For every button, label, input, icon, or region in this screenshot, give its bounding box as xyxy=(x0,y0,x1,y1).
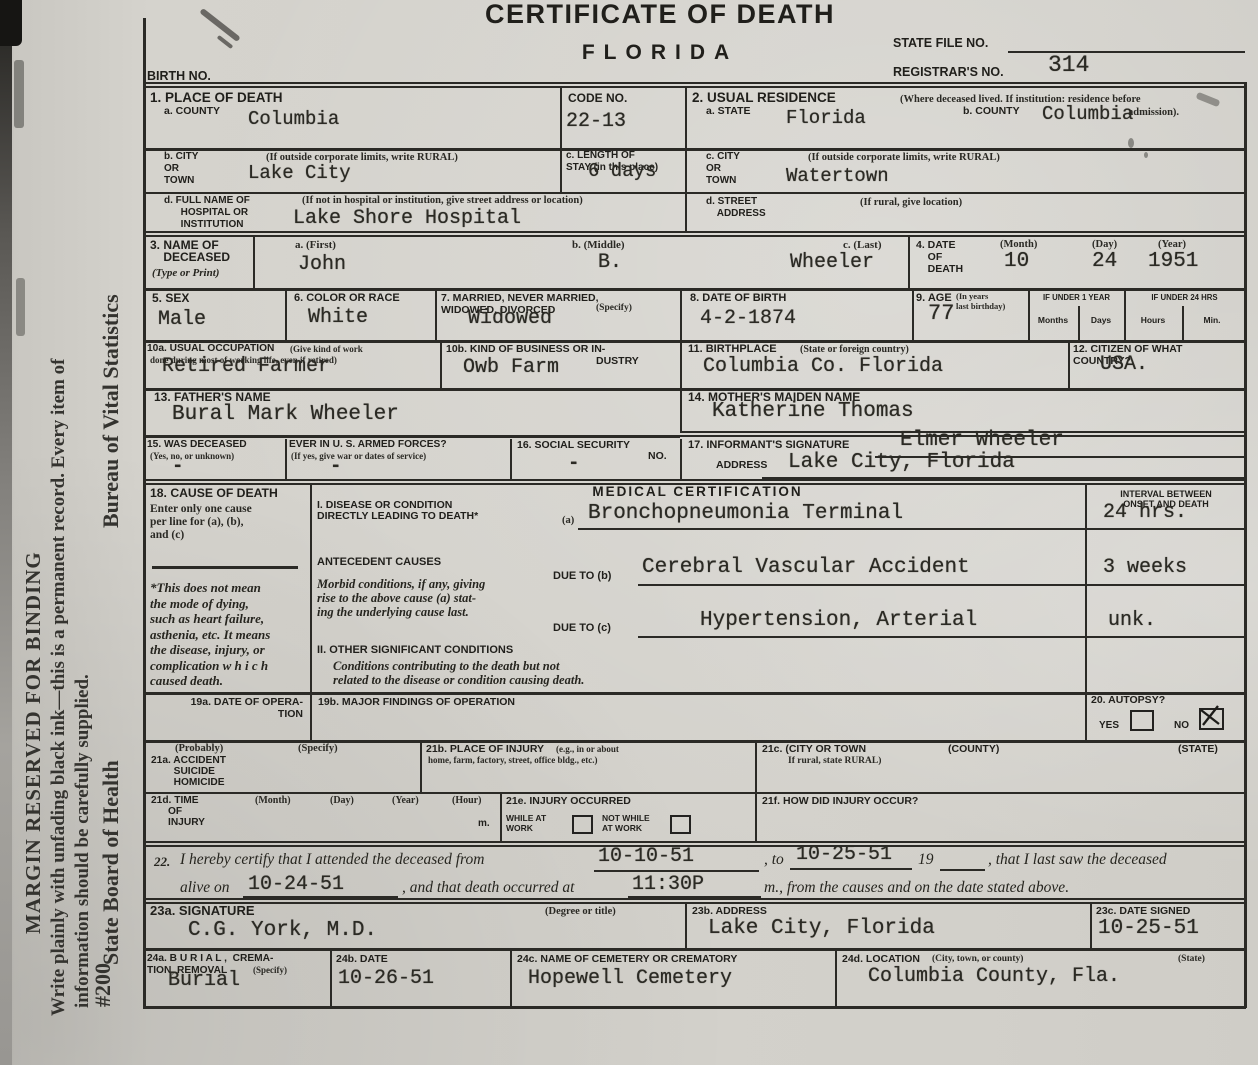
cause-of-death-label: 18. CAUSE OF DEATH xyxy=(150,487,278,499)
birthplace-hint: (State or foreign country) xyxy=(800,344,909,356)
interval-a-value: 24 hrs. xyxy=(1103,501,1187,524)
autopsy-yes-checkbox xyxy=(1130,710,1154,731)
business-value: Owb Farm xyxy=(463,356,559,379)
birth-date-value: 4-2-1874 xyxy=(700,307,796,330)
physician-signature-label: 23a. SIGNATURE xyxy=(150,905,255,917)
injury-place-hint2: home, farm, factory, street, office bldg… xyxy=(428,755,598,767)
marital-status-value: Widowed xyxy=(468,307,552,330)
burial-location-label: 24d. LOCATION xyxy=(842,953,920,965)
death-month-value: 10 xyxy=(1004,250,1029,273)
length-of-stay-value: 6 days xyxy=(588,160,656,182)
pen-mark xyxy=(1196,92,1221,107)
state-file-no-label: STATE FILE NO. xyxy=(893,37,988,49)
margin-binding-note: MARGIN RESERVED FOR BINDING xyxy=(21,551,46,934)
deceased-name-label: 3. NAME OF DECEASED xyxy=(150,239,230,263)
hospital-name-label: d. FULL NAME OF HOSPITAL OR INSTITUTION xyxy=(164,195,250,231)
certify-to-line xyxy=(790,868,912,870)
age-months-label: Months xyxy=(1029,314,1077,326)
occupation-hint1: (Give kind of work xyxy=(290,344,363,356)
armed-forces-label2: EVER IN U. S. ARMED FORCES? xyxy=(289,439,447,451)
certify-part4: alive on xyxy=(180,880,230,895)
accident-specify-hint: (Specify) xyxy=(298,743,338,755)
death-day-value: 24 xyxy=(1092,250,1117,273)
pen-mark xyxy=(1144,152,1148,158)
injury-how-label: 21f. HOW DID INJURY OCCUR? xyxy=(762,795,918,807)
race-label: 6. COLOR OR RACE xyxy=(294,292,400,304)
injury-occurred-label: 21e. INJURY OCCURRED xyxy=(506,795,631,807)
grid-line-v xyxy=(435,290,437,340)
autopsy-yes-label: YES xyxy=(1099,720,1119,732)
due-c-label: DUE TO (c) xyxy=(553,622,611,634)
last-name-value: Wheeler xyxy=(790,251,874,274)
grid-line-v xyxy=(1090,904,1092,948)
ssn-value: - xyxy=(568,452,579,474)
margin-form-number: #200 xyxy=(90,963,116,1007)
cause-note1: Enter only one cause per line for (a), (… xyxy=(150,503,252,542)
birth-no-label: BIRTH NO. xyxy=(147,70,211,82)
residence-title-hint2: admission). xyxy=(1128,107,1179,119)
armed-forces-hint: (Yes, no, or unknown) xyxy=(150,451,234,463)
grid-line-h xyxy=(143,898,1246,904)
birthplace-value: Columbia Co. Florida xyxy=(703,355,943,378)
registrar-no-label: REGISTRAR'S NO. xyxy=(893,66,1004,78)
cause-note-divider xyxy=(152,566,298,569)
code-no-label: CODE NO. xyxy=(568,92,627,104)
grid-line-v xyxy=(755,794,757,841)
date-signed-label: 23c. DATE SIGNED xyxy=(1096,905,1190,917)
burial-state-hint: (State) xyxy=(1178,954,1205,966)
cause-note2: *This does not mean the mode of dying, s… xyxy=(150,580,270,689)
certify-year-label: 19 xyxy=(918,852,934,867)
residence-city-value: Watertown xyxy=(786,165,889,187)
due-b-label: DUE TO (b) xyxy=(553,570,611,582)
certify-part1: I hereby certify that I attended the dec… xyxy=(180,852,484,867)
certify-time-line xyxy=(628,896,761,898)
certify-alive-value: 10-24-51 xyxy=(248,873,344,896)
grid-line-h xyxy=(143,841,1246,847)
margin-write-plainly-line1: Write plainly with unfading black ink—th… xyxy=(48,359,70,1016)
burial-location-value: Columbia County, Fla. xyxy=(868,965,1120,988)
burial-specify-hint: (Specify) xyxy=(253,965,287,977)
grid-line-h xyxy=(143,948,1246,951)
street-address-hint: (If rural, give location) xyxy=(860,197,962,209)
physician-signature-value: C.G. York, M.D. xyxy=(188,919,377,942)
street-address-label: d. STREET ADDRESS xyxy=(706,196,766,220)
pen-mark xyxy=(1128,138,1134,148)
business-label2: DUSTRY xyxy=(596,355,639,367)
antecedent-label: ANTECEDENT CAUSES xyxy=(317,556,441,568)
deceased-name-note: (Type or Print) xyxy=(152,266,219,281)
father-name-value: Bural Mark Wheeler xyxy=(172,403,399,426)
grid-line-h xyxy=(143,435,680,438)
due-c-writing-line xyxy=(638,636,1245,638)
death-month-label: (Month) xyxy=(1000,239,1037,251)
citizen-value: USA. xyxy=(1100,353,1148,376)
grid-line-h xyxy=(143,288,1246,291)
residence-state-value: Florida xyxy=(786,107,866,129)
injury-not-while-label: NOT WHILE AT WORK xyxy=(602,813,650,833)
injury-city-hint: If rural, state RURAL) xyxy=(788,756,881,768)
grid-line-v xyxy=(755,742,757,792)
age-value: 77 xyxy=(928,301,954,326)
birth-date-label: 8. DATE OF BIRTH xyxy=(690,292,786,304)
injury-year-label: (Year) xyxy=(392,795,419,807)
injury-m-label: m. xyxy=(478,818,490,830)
grid-line-v xyxy=(310,485,312,740)
grid-line-v xyxy=(680,390,682,433)
injury-place-hint1: (e.g., in or about xyxy=(556,744,619,756)
business-label: 10b. KIND OF BUSINESS OR IN- xyxy=(446,343,605,355)
certify-part5: , and that death occurred at xyxy=(402,880,574,895)
margin-board-label: State Board of Health xyxy=(98,760,124,965)
informant-signature-value: Elmer Wheeler xyxy=(900,429,1064,452)
residence-title: 2. USUAL RESIDENCE xyxy=(692,91,836,106)
residence-city-hint: (If outside corporate limits, write RURA… xyxy=(808,152,1000,164)
cemetery-label: 24c. NAME OF CEMETERY OR CREMATORY xyxy=(517,953,737,965)
place-of-death-title: 1. PLACE OF DEATH xyxy=(150,91,283,106)
grid-line-v xyxy=(560,88,562,192)
grid-line-v xyxy=(685,904,687,948)
grid-line-v xyxy=(912,290,914,340)
accident-probably-hint: (Probably) xyxy=(175,743,223,755)
age-days-label: Days xyxy=(1079,314,1123,326)
first-name-value: John xyxy=(298,253,346,276)
x-mark-icon xyxy=(1197,702,1223,728)
interval-b-value: 3 weeks xyxy=(1103,556,1187,579)
grid-line-v xyxy=(420,742,422,792)
injury-month-label: (Month) xyxy=(255,795,291,807)
accident-label: 21a. ACCIDENT SUICIDE HOMICIDE xyxy=(151,755,226,788)
state-name: FLORIDA xyxy=(350,47,970,59)
grid-line-v xyxy=(835,950,837,1006)
armed-forces-value: - xyxy=(172,455,183,477)
cemetery-value: Hopewell Cemetery xyxy=(528,967,732,990)
injury-city-label: 21c. (CITY OR TOWN xyxy=(762,743,866,755)
grid-line-v xyxy=(285,439,287,479)
ink-smudge xyxy=(14,60,24,128)
county-of-death-value: Columbia xyxy=(248,108,339,130)
injury-hour-label: (Hour) xyxy=(452,795,481,807)
father-name-label: 13. FATHER'S NAME xyxy=(154,391,271,403)
other-conditions-label: II. OTHER SIGNIFICANT CONDITIONS xyxy=(317,644,513,656)
grid-line-v xyxy=(440,342,442,388)
first-name-label: a. (First) xyxy=(295,240,336,252)
code-no-value: 22-13 xyxy=(566,110,626,133)
morbid-note: Morbid conditions, if any, giving rise t… xyxy=(317,577,485,619)
registrar-no-value: 314 xyxy=(1048,52,1089,78)
grid-line-v xyxy=(680,290,682,340)
ssn-label2: NO. xyxy=(648,450,667,462)
due-b-writing-line xyxy=(638,584,1245,586)
injury-while-at-work-label: WHILE AT WORK xyxy=(506,813,546,833)
certify-part2: , to xyxy=(764,852,784,867)
death-year-value: 1951 xyxy=(1148,250,1198,273)
ink-smudge xyxy=(16,278,25,336)
injury-time-label: 21d. TIME OF INJURY xyxy=(151,795,205,828)
sex-value: Male xyxy=(158,308,206,331)
state-file-no-blank-line xyxy=(1008,51,1245,53)
grid-line-v xyxy=(510,439,512,479)
armed-forces-hint2: (If yes, give war or dates of service) xyxy=(291,451,426,463)
scan-left-edge xyxy=(0,0,12,1065)
certify-part6: m., from the causes and on the date stat… xyxy=(764,880,1069,895)
margin-write-plainly-line2: information should be carefully supplied… xyxy=(72,674,94,1008)
occupation-label: 10a. USUAL OCCUPATION xyxy=(147,343,274,355)
grid-line-v xyxy=(500,794,502,841)
injury-day-label: (Day) xyxy=(330,795,354,807)
injury-county-label: (COUNTY) xyxy=(948,743,999,755)
not-while-at-work-checkbox xyxy=(670,815,691,834)
burial-date-value: 10-26-51 xyxy=(338,967,434,990)
injury-state-label: (STATE) xyxy=(1178,743,1218,755)
burial-date-label: 24b. DATE xyxy=(336,953,388,965)
scan-corner-artifact xyxy=(0,0,22,46)
physician-address-label: 23b. ADDRESS xyxy=(692,905,767,917)
grid-line-v xyxy=(680,342,682,388)
armed-forces-value2: - xyxy=(330,455,341,477)
death-year-label: (Year) xyxy=(1158,239,1186,251)
marital-specify-hint: (Specify) xyxy=(596,303,632,315)
residence-county-value: Columbia xyxy=(1042,103,1133,125)
grid-line-h xyxy=(143,1006,1246,1009)
operation-findings-label: 19b. MAJOR FINDINGS OF OPERATION xyxy=(318,696,515,708)
autopsy-label: 20. AUTOPSY? xyxy=(1091,694,1165,706)
informant-address-label: ADDRESS xyxy=(716,459,767,471)
other-conditions-note: Conditions contributing to the death but… xyxy=(333,659,584,687)
grid-line-v xyxy=(143,18,146,1008)
certify-part3: , that I last saw the deceased xyxy=(988,852,1167,867)
certify-to-value: 10-25-51 xyxy=(796,843,892,866)
county-of-death-label: a. COUNTY xyxy=(164,105,220,117)
residence-county-label: b. COUNTY xyxy=(963,105,1020,117)
age-under-24hr-label: IF UNDER 24 HRS xyxy=(1126,292,1243,304)
certify-number: 22. xyxy=(154,854,170,869)
last-name-label: c. (Last) xyxy=(843,240,882,252)
physician-address-value: Lake City, Florida xyxy=(708,917,935,940)
age-hours-label: Hours xyxy=(1125,314,1181,326)
burial-value: Burial xyxy=(168,969,240,992)
age-under-1yr-label: IF UNDER 1 YEAR xyxy=(1030,292,1123,304)
grid-line-v xyxy=(1085,485,1087,740)
certificate-title: CERTIFICATE OF DEATH xyxy=(350,8,970,20)
degree-or-title-hint: (Degree or title) xyxy=(545,906,616,918)
hospital-name-hint: (If not in hospital or institution, give… xyxy=(302,195,583,207)
due-c-value: Hypertension, Arterial xyxy=(700,609,977,632)
grid-line-h xyxy=(143,792,1246,794)
burial-location-hint: (City, town, or county) xyxy=(932,954,1023,966)
middle-name-label: b. (Middle) xyxy=(572,240,625,252)
city-of-death-label: b. CITY OR TOWN xyxy=(164,151,198,187)
race-value: White xyxy=(308,306,368,329)
certify-from-line xyxy=(594,870,759,872)
hospital-name-value: Lake Shore Hospital xyxy=(293,207,521,230)
death-date-label: 4. DATE OF DEATH xyxy=(916,239,963,275)
age-min-label: Min. xyxy=(1183,314,1241,326)
while-at-work-checkbox xyxy=(572,815,593,834)
grid-line-v xyxy=(685,88,687,233)
ssn-label: 16. SOCIAL SECURITY xyxy=(517,439,630,451)
birthplace-label: 11. BIRTHPLACE xyxy=(688,343,777,355)
disease-label2: DIRECTLY LEADING TO DEATH* xyxy=(317,510,478,522)
medical-certification-title: MEDICAL CERTIFICATION xyxy=(310,486,1085,498)
disease-writing-line xyxy=(578,528,1245,530)
grid-line-h xyxy=(143,692,1246,695)
disease-a-label: (a) xyxy=(562,515,574,527)
grid-line-v xyxy=(510,950,512,1006)
grid-line-v xyxy=(680,439,682,479)
certify-year-line xyxy=(940,869,985,871)
death-certificate-scan: MARGIN RESERVED FOR BINDING Write plainl… xyxy=(0,0,1258,1065)
certify-alive-line xyxy=(243,896,398,898)
grid-line-h xyxy=(143,192,1246,194)
certify-from-value: 10-10-51 xyxy=(598,845,694,868)
residence-state-label: a. STATE xyxy=(706,105,751,117)
mother-name-value: Katherine Thomas xyxy=(712,400,914,423)
informant-address-line xyxy=(762,477,1244,479)
interval-c-value: unk. xyxy=(1108,609,1156,632)
operation-date-label: 19a. DATE OF OPERA- TION xyxy=(147,696,303,720)
injury-place-label: 21b. PLACE OF INJURY xyxy=(426,743,544,755)
grid-line-v xyxy=(285,290,287,340)
armed-forces-label: 15. WAS DECEASED xyxy=(147,439,247,451)
due-b-value: Cerebral Vascular Accident xyxy=(642,556,970,579)
grid-line-h xyxy=(143,82,1246,88)
grid-line-h xyxy=(143,231,1246,237)
occupation-value: Retired Farmer xyxy=(162,355,330,378)
sex-label: 5. SEX xyxy=(152,292,189,304)
city-of-death-value: Lake City xyxy=(248,162,351,184)
grid-line-h xyxy=(143,148,1246,151)
age-hint: (In years last birthday) xyxy=(956,292,1005,311)
grid-line-v xyxy=(1244,82,1247,1008)
informant-signature-label: 17. INFORMANT'S SIGNATURE xyxy=(688,439,849,451)
middle-name-value: B. xyxy=(598,251,622,274)
autopsy-no-label: NO xyxy=(1174,720,1189,732)
date-signed-value: 10-25-51 xyxy=(1098,917,1199,940)
grid-line-v xyxy=(253,237,255,288)
grid-line-v xyxy=(1068,342,1070,388)
informant-address-value: Lake City, Florida xyxy=(788,451,1015,474)
margin-bureau-label: Bureau of Vital Statistics xyxy=(98,294,124,528)
grid-line-v xyxy=(330,950,332,1006)
certify-time-value: 11:30P xyxy=(632,873,704,896)
disease-value: Bronchopneumonia Terminal xyxy=(588,502,903,525)
death-day-label: (Day) xyxy=(1092,239,1117,251)
residence-city-label: c. CITY OR TOWN xyxy=(706,151,740,187)
grid-line-v xyxy=(908,237,910,288)
